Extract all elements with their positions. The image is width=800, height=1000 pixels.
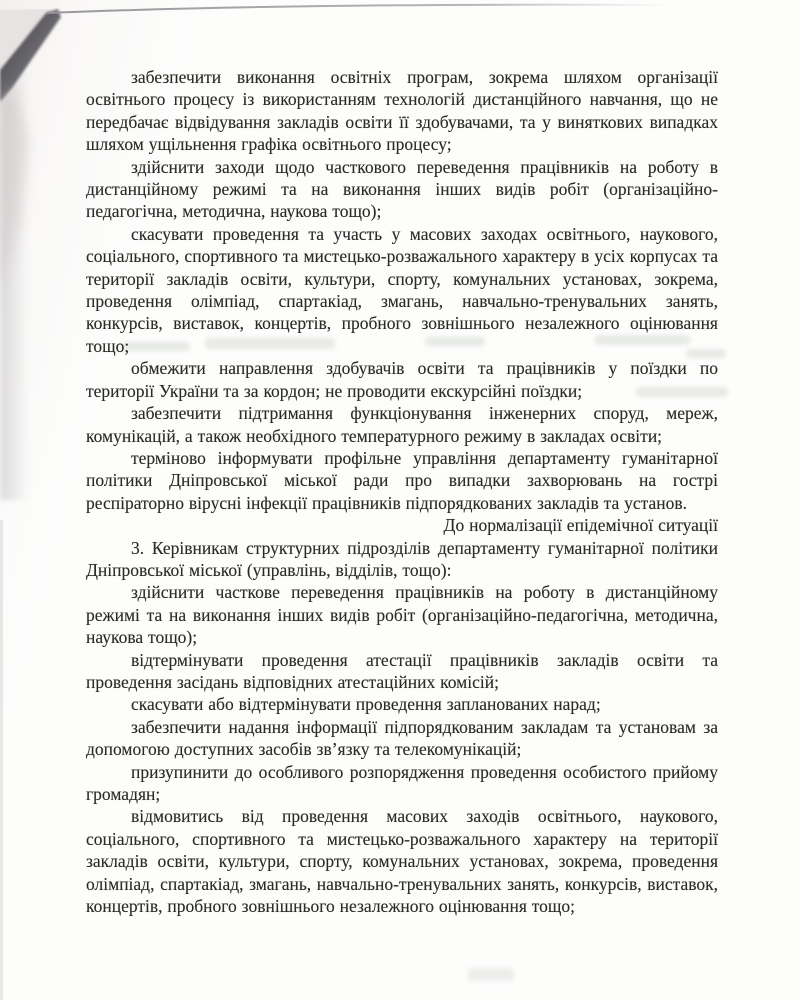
paragraph-ensure-programs: забезпечити виконання освітніх програм, … [86,66,718,156]
paragraph-partial-remote-work: здійснити часткове переведення працівник… [86,581,718,648]
corner-fade [0,87,30,290]
paragraph-remote-work-measures: здійснити заходи щодо часткового перевед… [86,156,718,223]
scanned-page: забезпечити виконання освітніх програм, … [0,0,800,1000]
bleedthrough-smudge [468,968,514,981]
corner-shadow-wedge [0,9,61,102]
page-left-edge [0,520,3,1000]
document-text-block: забезпечити виконання освітніх програм, … [86,66,718,917]
paragraph-cancel-meetings: скасувати або відтермінувати проведення … [86,693,718,715]
paragraph-report-infections: терміново інформувати профільне управлін… [86,447,718,514]
paragraph-cancel-mass-events: скасувати проведення та участь у масових… [86,223,718,357]
paragraph-postpone-attestation: відтермінувати проведення атестації прац… [86,649,718,694]
corner-background [0,9,52,80]
paragraph-limit-trips: обмежити направлення здобувачів освіти т… [86,357,718,402]
paragraph-item-3-heads: 3. Керівникам структурних підрозділів де… [86,537,718,582]
paragraph-suspend-reception: призупинити до особливого розпорядження … [86,761,718,806]
page-top-edge [46,5,670,13]
page-left-shading [0,70,34,500]
paragraph-refuse-mass-events: відмовитись від проведення масових заход… [86,805,718,917]
paragraph-provide-information: забезпечити надання інформації підпорядк… [86,716,718,761]
paragraph-until-normalization: До нормалізації епідемічної ситуації [86,514,718,536]
paragraph-maintain-networks: забезпечити підтримання функціонування і… [86,402,718,447]
